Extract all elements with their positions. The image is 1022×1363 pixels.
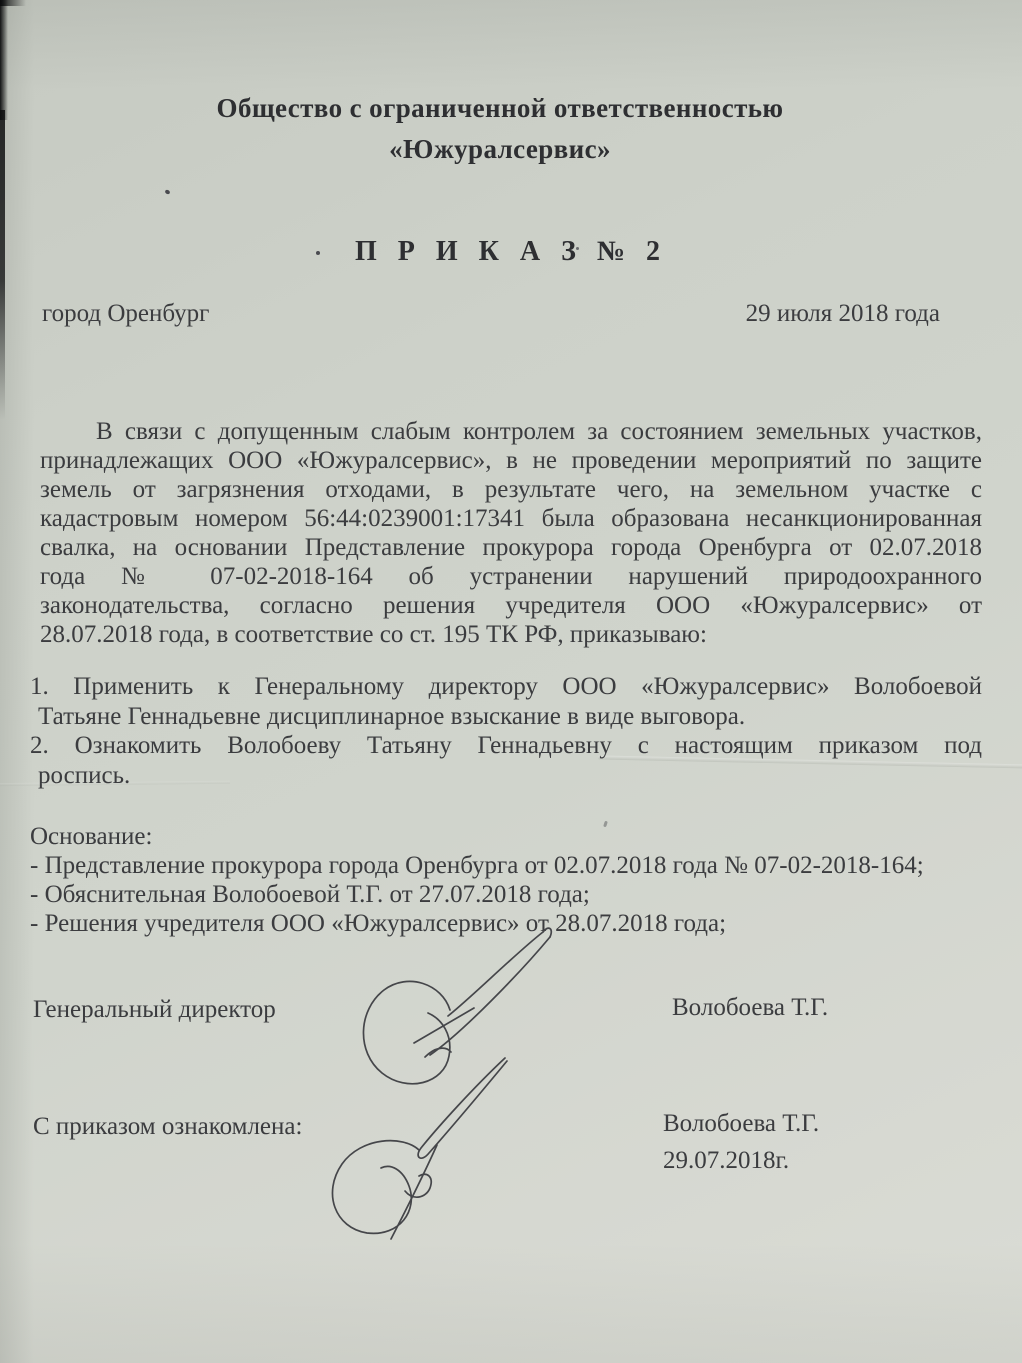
body-line: В связи с допущенным слабым контролем за… <box>40 417 982 446</box>
ink-speck <box>164 189 170 195</box>
director-name: Волобоева Т.Г. <box>672 994 828 1022</box>
body-line: 28.07.2018 года, в соответствие со ст. 1… <box>40 620 982 649</box>
body-line: свалка, на основании Представление проку… <box>40 533 982 562</box>
basis-item: - Обяснительная Волобоевой Т.Г. от 27.07… <box>30 880 1008 909</box>
body-line: принадлежащих ООО «Южуралсервис», в не п… <box>40 446 982 475</box>
order-body-paragraph: В связи с допущенным слабым контролем за… <box>40 417 982 649</box>
org-header: Общество с ограниченной ответственностью… <box>0 88 1000 170</box>
paper-shading-bottom <box>0 1243 1022 1363</box>
body-line: кадастровым номером 56:44:0239001:17341 … <box>40 504 982 533</box>
body-line: законодательства, согласно решения учред… <box>40 591 982 620</box>
city-label: город Оренбург <box>42 300 209 328</box>
body-line: года № 07-02-2018-164 об устранении нару… <box>40 562 982 591</box>
order-item-1-line: 1. Применить к Генеральному директору ОО… <box>30 672 982 702</box>
acknowledged-label: С приказом ознакомлена: <box>33 1113 302 1141</box>
order-item-2-line: роспись. <box>30 761 982 791</box>
order-items: 1. Применить к Генеральному директору ОО… <box>30 672 982 790</box>
order-item-2-line: 2. Ознакомить Волобоеву Татьяну Геннадье… <box>30 731 982 761</box>
basis-item: - Представление прокурора города Оренбур… <box>30 851 1008 880</box>
paper-shading-left <box>0 0 34 1363</box>
org-name-line1: Общество с ограниченной ответственностью <box>0 88 1000 129</box>
order-date: 29 июля 2018 года <box>746 300 940 328</box>
paper-shading-top <box>0 0 1022 90</box>
scanned-order-document: Общество с ограниченной ответственностью… <box>0 0 1022 1363</box>
photo-edge-dark <box>0 0 26 6</box>
acknowledged-name: Волобоева Т.Г. <box>663 1110 819 1138</box>
org-name-line2: «Южуралсервис» <box>0 129 1000 170</box>
acknowledged-date: 29.07.2018г. <box>663 1147 789 1175</box>
acknowledged-handwritten-signature <box>315 1042 530 1242</box>
order-item-1-line: Татьяне Геннадьевне дисциплинарное взыск… <box>30 702 982 732</box>
order-title: П Р И К А З № 2 <box>0 236 1022 268</box>
body-line: земель от загрязнения отходами, в резуль… <box>40 475 982 504</box>
city-date-row: город Оренбург 29 июля 2018 года <box>42 300 940 328</box>
director-title-label: Генеральный директор <box>33 996 276 1024</box>
basis-heading: Основание: <box>30 822 1008 851</box>
